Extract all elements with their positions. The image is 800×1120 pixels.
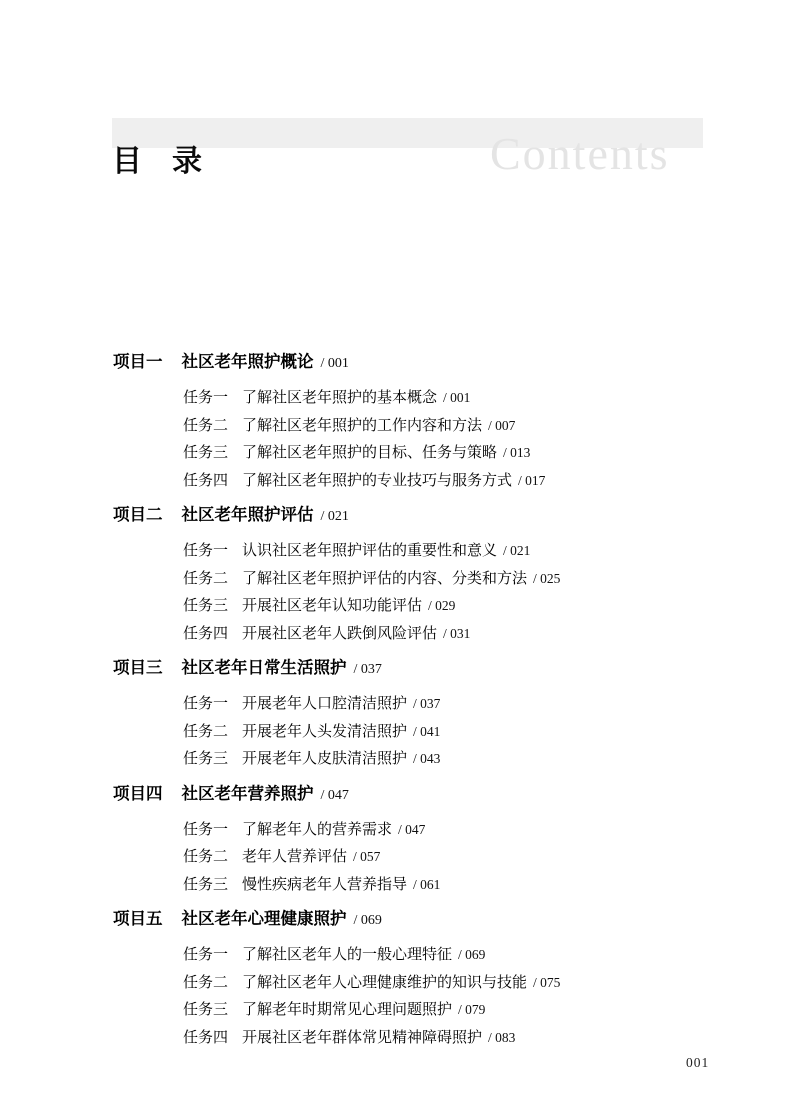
task-title: 了解社区老年人心理健康维护的知识与技能 [242, 974, 527, 991]
section-page-ref: / 001 [321, 356, 349, 371]
toc-task-entry: 任务一了解社区老年照护的基本概念/ 001 [183, 384, 733, 412]
task-page-ref: / 013 [503, 445, 530, 460]
task-list: 任务一了解老年人的营养需求/ 047任务二老年人营养评估/ 057任务三慢性疾病… [113, 816, 733, 899]
toc-task-entry: 任务二开展老年人头发清洁照护/ 041 [183, 718, 733, 746]
task-title: 了解社区老年人的一般心理特征 [242, 946, 452, 963]
toc-task-entry: 任务四了解社区老年照护的专业技巧与服务方式/ 017 [183, 467, 733, 495]
task-page-ref: / 001 [443, 390, 470, 405]
task-title: 认识社区老年照护评估的重要性和意义 [242, 542, 497, 559]
task-page-ref: / 075 [533, 975, 560, 990]
task-label: 任务二 [183, 969, 228, 997]
toc-section-heading: 项目三社区老年日常生活照护/ 037 [113, 658, 733, 680]
toc-task-entry: 任务四开展社区老年群体常见精神障碍照护/ 083 [183, 1024, 733, 1052]
section-title: 社区老年营养照护 [182, 785, 314, 803]
toc-task-entry: 任务三开展社区老年认知功能评估/ 029 [183, 592, 733, 620]
toc-section: 项目一社区老年照护概论/ 001任务一了解社区老年照护的基本概念/ 001任务二… [113, 352, 733, 494]
toc-task-entry: 任务一开展老年人口腔清洁照护/ 037 [183, 690, 733, 718]
task-label: 任务三 [183, 439, 228, 467]
task-title: 了解社区老年照护的工作内容和方法 [242, 417, 482, 434]
task-label: 任务一 [183, 816, 228, 844]
task-page-ref: / 025 [533, 571, 560, 586]
toc-section-heading: 项目四社区老年营养照护/ 047 [113, 784, 733, 806]
toc-task-entry: 任务二了解社区老年照护的工作内容和方法/ 007 [183, 412, 733, 440]
section-title: 社区老年照护评估 [182, 506, 314, 524]
task-title: 老年人营养评估 [242, 848, 347, 865]
task-list: 任务一了解社区老年人的一般心理特征/ 069任务二了解社区老年人心理健康维护的知… [113, 941, 733, 1051]
section-page-ref: / 069 [354, 913, 382, 928]
task-page-ref: / 007 [488, 418, 515, 433]
task-label: 任务三 [183, 592, 228, 620]
toc-section-heading: 项目五社区老年心理健康照护/ 069 [113, 909, 733, 931]
toc-task-entry: 任务一了解社区老年人的一般心理特征/ 069 [183, 941, 733, 969]
toc-task-entry: 任务二了解社区老年人心理健康维护的知识与技能/ 075 [183, 969, 733, 997]
section-page-ref: / 037 [354, 662, 382, 677]
task-page-ref: / 021 [503, 543, 530, 558]
task-page-ref: / 061 [413, 877, 440, 892]
task-page-ref: / 047 [398, 822, 425, 837]
section-label: 项目四 [113, 784, 163, 804]
task-title: 了解老年时期常见心理问题照护 [242, 1001, 452, 1018]
toc-section: 项目二社区老年照护评估/ 021任务一认识社区老年照护评估的重要性和意义/ 02… [113, 505, 733, 647]
task-title: 开展社区老年人跌倒风险评估 [242, 625, 437, 642]
task-title: 了解社区老年照护的专业技巧与服务方式 [242, 472, 512, 489]
task-title: 开展老年人口腔清洁照护 [242, 695, 407, 712]
section-label: 项目五 [113, 909, 163, 929]
toc-task-entry: 任务三了解社区老年照护的目标、任务与策略/ 013 [183, 439, 733, 467]
task-label: 任务一 [183, 384, 228, 412]
task-title: 了解社区老年照护的基本概念 [242, 389, 437, 406]
task-page-ref: / 017 [518, 473, 545, 488]
task-label: 任务二 [183, 565, 228, 593]
toc-task-entry: 任务二了解社区老年照护评估的内容、分类和方法/ 025 [183, 565, 733, 593]
toc-task-entry: 任务一了解老年人的营养需求/ 047 [183, 816, 733, 844]
contents-english-title: Contents [490, 131, 670, 177]
toc-task-entry: 任务三了解老年时期常见心理问题照护/ 079 [183, 996, 733, 1024]
section-page-ref: / 021 [321, 509, 349, 524]
task-title: 了解老年人的营养需求 [242, 821, 392, 838]
task-page-ref: / 069 [458, 947, 485, 962]
section-title: 社区老年日常生活照护 [182, 659, 347, 677]
task-page-ref: / 079 [458, 1002, 485, 1017]
toc-section-heading: 项目二社区老年照护评估/ 021 [113, 505, 733, 527]
task-page-ref: / 043 [413, 751, 440, 766]
toc-task-entry: 任务四开展社区老年人跌倒风险评估/ 031 [183, 620, 733, 648]
task-title: 了解社区老年照护的目标、任务与策略 [242, 444, 497, 461]
task-page-ref: / 041 [413, 724, 440, 739]
toc-section-heading: 项目一社区老年照护概论/ 001 [113, 352, 733, 374]
task-page-ref: / 029 [428, 598, 455, 613]
toc-task-entry: 任务一认识社区老年照护评估的重要性和意义/ 021 [183, 537, 733, 565]
task-title: 开展老年人皮肤清洁照护 [242, 750, 407, 767]
task-title: 开展社区老年认知功能评估 [242, 597, 422, 614]
task-label: 任务二 [183, 718, 228, 746]
task-label: 任务二 [183, 412, 228, 440]
task-label: 任务二 [183, 843, 228, 871]
task-label: 任务三 [183, 745, 228, 773]
toc-task-entry: 任务二老年人营养评估/ 057 [183, 843, 733, 871]
task-label: 任务四 [183, 467, 228, 495]
page-number: 001 [686, 1055, 709, 1071]
toc-page: Contents 目 录 项目一社区老年照护概论/ 001任务一了解社区老年照护… [0, 0, 800, 1120]
section-label: 项目一 [113, 352, 163, 372]
section-label: 项目二 [113, 505, 163, 525]
toc-section: 项目四社区老年营养照护/ 047任务一了解老年人的营养需求/ 047任务二老年人… [113, 784, 733, 899]
task-label: 任务三 [183, 996, 228, 1024]
task-title: 慢性疾病老年人营养指导 [242, 876, 407, 893]
task-page-ref: / 057 [353, 849, 380, 864]
section-label: 项目三 [113, 658, 163, 678]
task-label: 任务一 [183, 941, 228, 969]
task-label: 任务一 [183, 537, 228, 565]
task-page-ref: / 037 [413, 696, 440, 711]
toc-list: 项目一社区老年照护概论/ 001任务一了解社区老年照护的基本概念/ 001任务二… [113, 352, 733, 1062]
task-page-ref: / 031 [443, 626, 470, 641]
task-title: 开展社区老年群体常见精神障碍照护 [242, 1029, 482, 1046]
task-label: 任务四 [183, 620, 228, 648]
toc-section: 项目三社区老年日常生活照护/ 037任务一开展老年人口腔清洁照护/ 037任务二… [113, 658, 733, 773]
task-label: 任务四 [183, 1024, 228, 1052]
task-list: 任务一了解社区老年照护的基本概念/ 001任务二了解社区老年照护的工作内容和方法… [113, 384, 733, 494]
task-page-ref: / 083 [488, 1030, 515, 1045]
task-label: 任务一 [183, 690, 228, 718]
page-title: 目 录 [112, 147, 202, 177]
task-title: 了解社区老年照护评估的内容、分类和方法 [242, 570, 527, 587]
task-label: 任务三 [183, 871, 228, 899]
toc-task-entry: 任务三开展老年人皮肤清洁照护/ 043 [183, 745, 733, 773]
toc-task-entry: 任务三慢性疾病老年人营养指导/ 061 [183, 871, 733, 899]
section-title: 社区老年心理健康照护 [182, 910, 347, 928]
section-title: 社区老年照护概论 [182, 353, 314, 371]
task-title: 开展老年人头发清洁照护 [242, 723, 407, 740]
task-list: 任务一认识社区老年照护评估的重要性和意义/ 021任务二了解社区老年照护评估的内… [113, 537, 733, 647]
task-list: 任务一开展老年人口腔清洁照护/ 037任务二开展老年人头发清洁照护/ 041任务… [113, 690, 733, 773]
toc-section: 项目五社区老年心理健康照护/ 069任务一了解社区老年人的一般心理特征/ 069… [113, 909, 733, 1051]
section-page-ref: / 047 [321, 788, 349, 803]
